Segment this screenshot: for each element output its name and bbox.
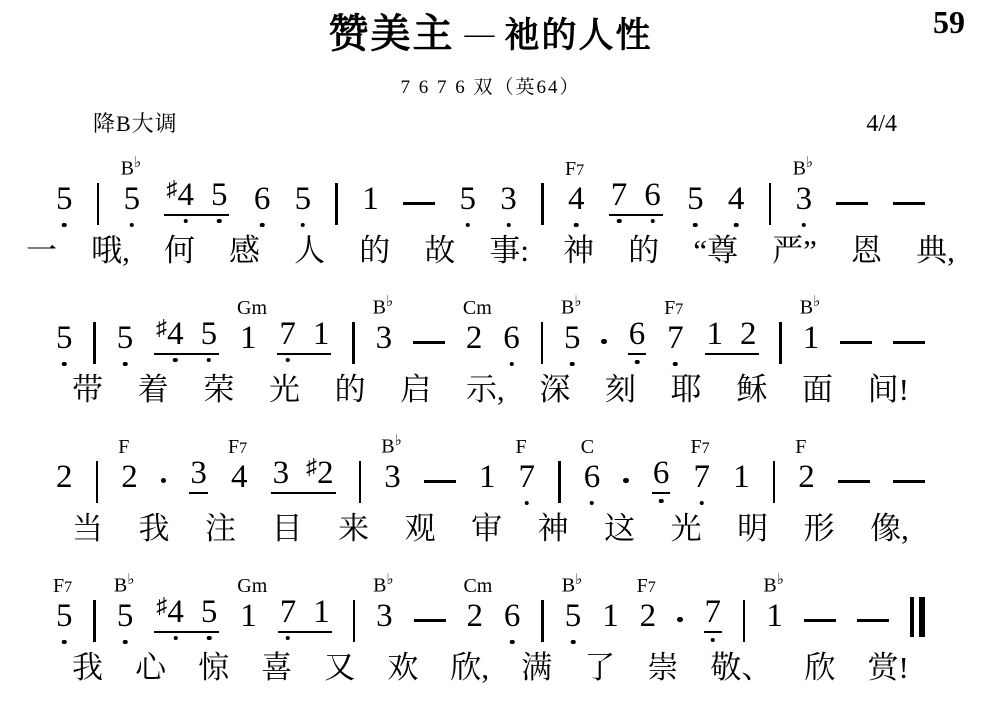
note-number: 1: [766, 600, 783, 633]
note-number: 4: [177, 179, 194, 212]
sustain-dash: [893, 341, 925, 344]
note-number: 7: [280, 596, 297, 629]
sustain-dash: [893, 480, 925, 483]
lyric-syllable: 的: [628, 232, 659, 269]
sharp-icon: ♯: [156, 595, 167, 617]
note: Cm2: [466, 600, 483, 633]
note-number: 5: [56, 600, 73, 633]
note-number: 5: [295, 183, 312, 216]
lyric-syllable: 满: [521, 649, 552, 686]
lyric-syllable: 面: [802, 371, 833, 408]
page-number: 59: [933, 4, 965, 41]
augmentation-dot: [677, 617, 683, 623]
note-number: 3: [376, 322, 393, 355]
lyric-syllable: 恩: [851, 232, 882, 269]
lyric-syllable: 惊: [198, 649, 229, 686]
lyric-syllable: 我: [72, 649, 103, 686]
note-number: 6: [503, 322, 520, 355]
music-area: 5B♭5♯4565153F747654B♭3一哦,何感人的故事:神的“尊严”恩典…: [0, 140, 981, 696]
lyric-syllable: 赏!: [868, 649, 909, 686]
note: B♭5: [565, 600, 582, 633]
chord-label: F: [118, 437, 129, 457]
chord-label: B♭: [121, 156, 141, 179]
note: B♭1: [766, 600, 783, 633]
lyric-syllable: 心: [135, 649, 166, 686]
music-line: F75B♭5♯45Gm171B♭3Cm26B♭51F727B♭1我心惊喜又欢欣,…: [0, 557, 981, 696]
final-barline-thin: [910, 597, 915, 637]
augmentation-dot: [161, 478, 167, 484]
note: 3: [189, 457, 208, 494]
note: 5: [295, 183, 312, 216]
note: 5: [201, 318, 218, 351]
note: 1: [362, 183, 379, 216]
beam-group: ♯45: [154, 596, 219, 633]
note: 2: [740, 318, 757, 351]
lyric-syllable: 敬、: [710, 649, 772, 686]
note-number: 5: [565, 600, 582, 633]
chord-label: B♭: [373, 573, 393, 596]
chord-label: F: [516, 437, 527, 457]
augmentation-dot: [623, 478, 629, 484]
note: 5: [211, 179, 228, 212]
note-number: 6: [628, 318, 647, 355]
barline: [353, 600, 356, 642]
lyric-syllable: 形: [804, 510, 835, 547]
note: B♭5: [124, 183, 141, 216]
barline: [93, 600, 96, 642]
note: B♭3: [376, 322, 393, 355]
notes-row: 2F23F743♯2B♭31F7C66F771F2: [0, 448, 981, 494]
beam-group: 12: [705, 318, 759, 355]
lyric-syllable: 像,: [870, 510, 909, 547]
note: 5: [117, 322, 134, 355]
lyric-syllable: 目: [272, 510, 303, 547]
flat-icon: ♭: [574, 294, 581, 310]
note-number: 5: [687, 183, 704, 216]
note: 6: [254, 183, 271, 216]
lyric-syllable: 荣: [203, 371, 234, 408]
lyric-syllable: 的: [359, 232, 390, 269]
key-row: 降B大调 4/4: [0, 107, 981, 138]
augmentation-dot: [601, 339, 607, 345]
lyric-syllable: 欢: [387, 649, 418, 686]
note-number: 6: [584, 461, 601, 494]
note: C6: [584, 461, 601, 494]
note: 3: [273, 457, 290, 490]
note-number: 1: [602, 600, 619, 633]
chord-extension: 7: [702, 440, 710, 457]
chord-label: Gm: [237, 576, 267, 596]
note: B♭3: [376, 600, 393, 633]
beam-group: 71: [277, 318, 331, 355]
lyric-syllable: 稣: [736, 371, 767, 408]
note-number: 7: [611, 179, 628, 212]
lyric-syllable: 启: [400, 371, 431, 408]
note-number: 6: [504, 600, 521, 633]
flat-icon: ♭: [575, 572, 582, 588]
chord-label: B♭: [561, 295, 581, 318]
note-number: 1: [313, 596, 330, 629]
note: 6: [652, 457, 671, 494]
note: 1: [707, 318, 724, 351]
note-number: 3: [796, 183, 813, 216]
note: F74: [231, 461, 248, 494]
note: Gm1: [240, 322, 257, 355]
note-number: 5: [211, 179, 228, 212]
sustain-dash: [424, 480, 456, 483]
note: B♭3: [384, 461, 401, 494]
note: 7: [611, 179, 628, 212]
note: 4: [728, 183, 745, 216]
note: 7: [704, 596, 723, 633]
chord-extension: 7: [576, 162, 584, 179]
sharp-icon: ♯: [156, 317, 167, 339]
lyric-syllable: 神: [563, 232, 594, 269]
beam-group: ♯45: [154, 318, 219, 355]
note: 5: [687, 183, 704, 216]
note-number: 7: [519, 461, 536, 494]
note-number: 4: [728, 183, 745, 216]
lyric-syllable: 的: [335, 371, 366, 408]
note: 1: [313, 318, 330, 351]
note-number: 4: [167, 596, 184, 629]
lyric-syllable: 严”: [772, 232, 817, 269]
note: 1: [733, 461, 750, 494]
chord-label: B♭: [800, 295, 820, 318]
lyric-syllable: 光: [269, 371, 300, 408]
lyric-syllable: 注: [205, 510, 236, 547]
hymn-title: 赞美主: [328, 12, 454, 56]
note: F7: [519, 461, 536, 494]
lyric-syllable: 示,: [466, 371, 505, 408]
note: ♯4: [166, 179, 194, 212]
note-number: 1: [362, 183, 379, 216]
note-number: 5: [564, 322, 581, 355]
note: F2: [798, 461, 815, 494]
lyric-syllable: 哦,: [91, 232, 130, 269]
barline: [558, 461, 561, 503]
note-number: 5: [117, 600, 134, 633]
note: B♭3: [796, 183, 813, 216]
note: F74: [568, 183, 585, 216]
lyric-syllable: 观: [405, 510, 436, 547]
note-number: 3: [189, 457, 208, 494]
chord-label: F7: [228, 437, 247, 457]
lyrics-row: 带着荣光的启示,深刻耶稣面间!: [0, 371, 981, 408]
lyric-syllable: 人: [294, 232, 325, 269]
barline: [743, 600, 746, 642]
chord-label: F7: [53, 576, 72, 596]
note-number: 3: [500, 183, 517, 216]
lyric-syllable: 一: [26, 232, 57, 269]
lyric-syllable: 欣: [804, 649, 835, 686]
chord-label: Cm: [463, 576, 492, 596]
note-number: 5: [201, 318, 218, 351]
chord-label: F: [795, 437, 806, 457]
note: 6: [628, 318, 647, 355]
note-number: 5: [56, 183, 73, 216]
note: F72: [640, 600, 657, 633]
note-number: 3: [384, 461, 401, 494]
note-number: 1: [707, 318, 724, 351]
chord-label: B♭: [373, 295, 393, 318]
barline: [335, 183, 338, 225]
note-number: 5: [56, 322, 73, 355]
title-row: 赞美主 — 祂的人性: [0, 0, 981, 56]
chord-label: Gm: [237, 298, 267, 318]
final-barline-thick: [919, 597, 925, 637]
notes-row: 55♯45Gm171B♭3Cm26B♭56F7712B♭1: [0, 309, 981, 355]
chord-label: B♭: [763, 573, 783, 596]
note-number: 2: [798, 461, 815, 494]
note-number: 6: [254, 183, 271, 216]
note-number: 5: [124, 183, 141, 216]
note-number: 3: [376, 600, 393, 633]
barline: [96, 461, 99, 503]
note: 5: [201, 596, 218, 629]
note-number: 6: [644, 179, 661, 212]
chord-extension: 7: [64, 579, 72, 596]
note: 5: [56, 322, 73, 355]
lyric-syllable: 何: [164, 232, 195, 269]
sustain-dash: [836, 202, 868, 205]
title-separator: —: [464, 17, 494, 50]
music-line: 2F23F743♯2B♭31F7C66F771F2当我注目来观审神这光明形像,: [0, 418, 981, 557]
note-number: 5: [117, 322, 134, 355]
lyric-syllable: 审: [471, 510, 502, 547]
chord-extension: 7: [675, 301, 683, 318]
note: 5: [56, 183, 73, 216]
barline: [541, 183, 544, 225]
note-number: 5: [459, 183, 476, 216]
meter-info: 7 6 7 6 双（英64）: [0, 72, 981, 99]
barline: [541, 600, 544, 642]
sustain-dash: [840, 341, 872, 344]
lyric-syllable: “尊: [693, 232, 738, 269]
lyric-syllable: 喜: [261, 649, 292, 686]
lyric-syllable: 耶: [671, 371, 702, 408]
note-number: 7: [704, 596, 723, 633]
lyric-syllable: 来: [338, 510, 369, 547]
music-line: 5B♭5♯4565153F747654B♭3一哦,何感人的故事:神的“尊严”恩典…: [0, 140, 981, 279]
sustain-dash: [413, 341, 445, 344]
music-line: 55♯45Gm171B♭3Cm26B♭56F7712B♭1带着荣光的启示,深刻耶…: [0, 279, 981, 418]
lyric-syllable: 神: [538, 510, 569, 547]
note: B♭5: [117, 600, 134, 633]
barline: [769, 183, 772, 225]
lyric-syllable: 崇: [647, 649, 678, 686]
note-number: 1: [803, 322, 820, 355]
note: 6: [503, 322, 520, 355]
note-number: 2: [740, 318, 757, 351]
note: 2: [56, 461, 73, 494]
lyric-syllable: 着: [138, 371, 169, 408]
note: 6: [644, 179, 661, 212]
note-number: 2: [56, 461, 73, 494]
hymn-page: 59 赞美主 — 祂的人性 7 6 7 6 双（英64） 降B大调 4/4 5B…: [0, 0, 981, 702]
barline: [352, 322, 355, 364]
key-signature: 降B大调: [93, 107, 178, 138]
flat-icon: ♭: [806, 155, 813, 171]
note: ♯4: [156, 596, 184, 629]
chord-label: F7: [691, 437, 710, 457]
lyric-syllable: 感: [229, 232, 260, 269]
lyric-syllable: 这: [604, 510, 635, 547]
note-number: 1: [479, 461, 496, 494]
note: B♭1: [803, 322, 820, 355]
sustain-dash: [414, 619, 446, 622]
chord-extension: 7: [239, 440, 247, 457]
note: ♯4: [156, 318, 184, 351]
barline: [541, 322, 544, 364]
notes-row: 5B♭5♯4565153F747654B♭3: [0, 170, 981, 216]
note-number: 1: [240, 322, 257, 355]
barline: [773, 461, 776, 503]
sharp-icon: ♯: [306, 456, 317, 478]
note-number: 2: [121, 461, 138, 494]
flat-icon: ♭: [395, 433, 402, 449]
lyric-syllable: 带: [72, 371, 103, 408]
beam-group: 71: [278, 596, 332, 633]
note-number: 1: [313, 318, 330, 351]
note: F75: [56, 600, 73, 633]
note: F2: [121, 461, 138, 494]
note-number: 2: [466, 322, 483, 355]
final-barline: [910, 597, 925, 637]
lyric-syllable: 当: [72, 510, 103, 547]
note-number: 4: [167, 318, 184, 351]
barline: [779, 322, 782, 364]
flat-icon: ♭: [134, 155, 141, 171]
sustain-dash: [838, 480, 870, 483]
chord-label: F7: [565, 159, 584, 179]
sustain-dash: [857, 619, 889, 622]
note-number: 1: [240, 600, 257, 633]
barline: [93, 322, 96, 364]
lyric-syllable: 欣,: [450, 649, 489, 686]
note-number: 2: [317, 457, 334, 490]
note-number: 7: [667, 322, 684, 355]
note-number: 5: [201, 596, 218, 629]
barline: [359, 461, 362, 503]
note-number: 7: [694, 461, 711, 494]
lyrics-row: 当我注目来观审神这光明形像,: [0, 510, 981, 547]
lyrics-row: 一哦,何感人的故事:神的“尊严”恩典,: [0, 232, 981, 269]
chord-label: B♭: [114, 573, 134, 596]
note: Gm1: [240, 600, 257, 633]
note: 1: [602, 600, 619, 633]
chord-label: F7: [637, 576, 656, 596]
chord-label: Cm: [463, 298, 492, 318]
lyric-syllable: 事:: [489, 232, 529, 269]
note: 1: [479, 461, 496, 494]
flat-icon: ♭: [386, 294, 393, 310]
note-number: 7: [279, 318, 296, 351]
note: 5: [459, 183, 476, 216]
barline: [97, 183, 100, 225]
sustain-dash: [804, 619, 836, 622]
note-number: 1: [733, 461, 750, 494]
note: 1: [313, 596, 330, 629]
note: F77: [667, 322, 684, 355]
chord-extension: 7: [648, 579, 656, 596]
note-number: 4: [568, 183, 585, 216]
lyric-syllable: 间!: [868, 371, 909, 408]
note: 7: [280, 596, 297, 629]
sharp-icon: ♯: [166, 178, 177, 200]
flat-icon: ♭: [386, 572, 393, 588]
note: B♭5: [564, 322, 581, 355]
lyric-syllable: 故: [424, 232, 455, 269]
chord-label: C: [581, 437, 594, 457]
hymn-subtitle: 祂的人性: [504, 16, 652, 55]
lyrics-row: 我心惊喜又欢欣,满了崇敬、欣赏!: [0, 649, 981, 686]
note-number: 3: [273, 457, 290, 490]
note-number: 4: [231, 461, 248, 494]
note: 6: [504, 600, 521, 633]
time-signature: 4/4: [866, 111, 897, 138]
note-number: 6: [652, 457, 671, 494]
beam-group: 3♯2: [271, 457, 336, 494]
flat-icon: ♭: [127, 572, 134, 588]
note: 7: [279, 318, 296, 351]
note-number: 2: [466, 600, 483, 633]
note: F77: [694, 461, 711, 494]
note-number: 2: [640, 600, 657, 633]
chord-label: F7: [664, 298, 683, 318]
lyric-syllable: 明: [737, 510, 768, 547]
chord-label: B♭: [381, 434, 401, 457]
beam-group: ♯45: [164, 179, 229, 216]
lyric-syllable: 我: [139, 510, 170, 547]
chord-label: B♭: [793, 156, 813, 179]
lyric-syllable: 又: [324, 649, 355, 686]
note: 3: [500, 183, 517, 216]
notes-row: F75B♭5♯45Gm171B♭3Cm26B♭51F727B♭1: [0, 587, 981, 633]
lyric-syllable: 典,: [916, 232, 955, 269]
lyric-syllable: 了: [584, 649, 615, 686]
sustain-dash: [893, 202, 925, 205]
lyric-syllable: 光: [671, 510, 702, 547]
note: ♯2: [306, 457, 334, 490]
chord-label: B♭: [562, 573, 582, 596]
flat-icon: ♭: [777, 572, 784, 588]
lyric-syllable: 深: [539, 371, 570, 408]
beam-group: 76: [609, 179, 663, 216]
sustain-dash: [403, 202, 435, 205]
note: Cm2: [466, 322, 483, 355]
flat-icon: ♭: [813, 294, 820, 310]
lyric-syllable: 刻: [605, 371, 636, 408]
